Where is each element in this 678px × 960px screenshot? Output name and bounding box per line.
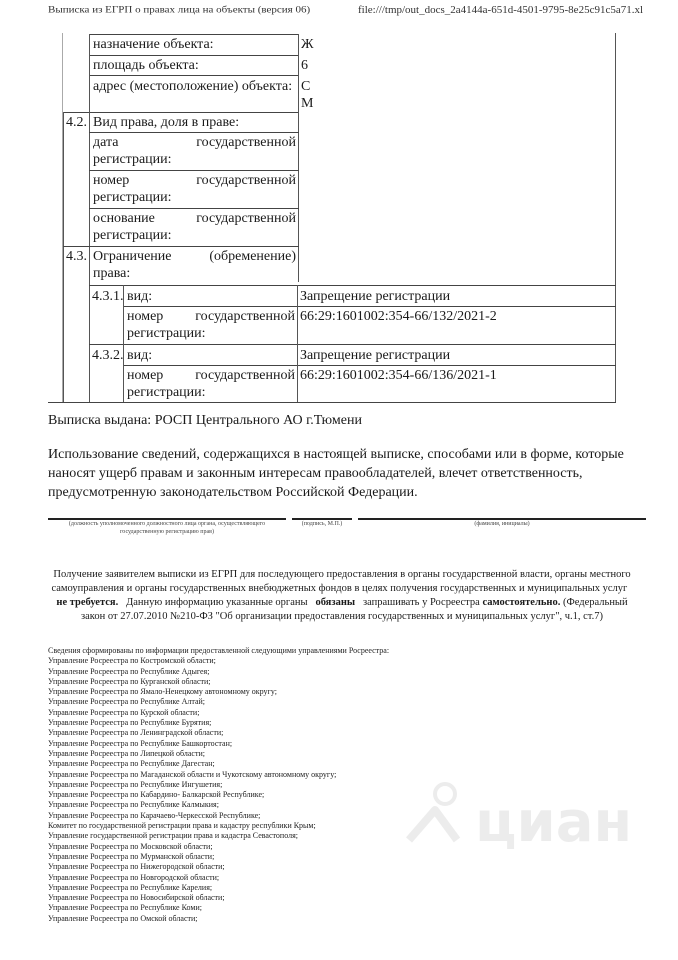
item-4-3-1-number: 4.3.1. — [92, 288, 124, 305]
source-item: Управление Росреестра по Республике Калм… — [48, 800, 389, 810]
source-item: Управление Росреестра по Карачаево-Черке… — [48, 811, 389, 821]
position-caption: (должность уполномоченного должностного … — [48, 520, 286, 536]
divider — [89, 344, 616, 345]
divider — [297, 285, 298, 402]
section-4-3-number: 4.3. — [66, 248, 87, 265]
map-pin-icon — [405, 780, 465, 850]
object-purpose-label: назначение объекта: — [93, 36, 214, 53]
source-item: Управление Росреестра по Московской обла… — [48, 842, 389, 852]
label-part: регистрации: — [127, 384, 295, 401]
divider — [89, 170, 299, 171]
sources-intro: Сведения сформированы по информации пред… — [48, 646, 389, 656]
source-item: Управление Росреестра по Омской области; — [48, 914, 389, 924]
divider — [123, 365, 616, 366]
notice-emphasis: самостоятельно. — [482, 597, 560, 608]
divider — [89, 112, 90, 402]
print-header: Выписка из ЕГРП о правах лица на объекты… — [0, 2, 678, 18]
notice-emphasis: не требуется. — [56, 597, 118, 608]
usage-warning: Использование сведений, содержащихся в н… — [48, 445, 648, 502]
reg-number-label: номер государственной регистрации: — [93, 172, 296, 206]
source-item: Комитет по государственной регистрации п… — [48, 821, 389, 831]
label-part: номер — [127, 368, 163, 383]
source-item: Управление Росреестра по Республике Алта… — [48, 697, 389, 707]
table-right-border — [615, 33, 616, 403]
divider — [298, 34, 299, 112]
source-item: Управление Росреестра по Курганской обла… — [48, 677, 389, 687]
divider — [89, 34, 299, 35]
source-item: Управление Росреестра по Липецкой област… — [48, 749, 389, 759]
section-4-3-title: Ограничение (обременение) права: — [93, 248, 296, 282]
source-item: Управление Росреестра по Новгородской об… — [48, 873, 389, 883]
item-4-3-1-kind-label: вид: — [127, 288, 152, 305]
divider — [89, 285, 616, 286]
divider — [89, 55, 299, 56]
divider — [89, 132, 299, 133]
title-part: (обременение) — [209, 249, 296, 264]
source-item: Управление Росреестра по Магаданской обл… — [48, 770, 389, 780]
notice-text: Данную информацию указанные органы — [126, 597, 307, 608]
source-item: Управление Росреестра по Ямало-Ненецкому… — [48, 687, 389, 697]
reg-basis-label: основание государственной регистрации: — [93, 210, 296, 244]
egrp-notice: Получение заявителем выписки из ЕГРП для… — [48, 568, 636, 624]
reg-date-label: дата государственной регистрации: — [93, 134, 296, 168]
title-part: Ограничение — [93, 249, 172, 264]
object-address-value-line2: М — [301, 95, 313, 112]
item-4-3-2-kind-value: Запрещение регистрации — [300, 347, 450, 364]
divider — [63, 112, 299, 113]
object-purpose-value: Ж — [301, 36, 314, 53]
source-item: Управление Росреестра по Республике Даге… — [48, 759, 389, 769]
source-item: Управление Росреестра по Республике Адыг… — [48, 667, 389, 677]
notice-text: запрашивать у Росреестра — [363, 597, 480, 608]
divider — [89, 34, 90, 112]
label-part: основание — [93, 211, 155, 226]
print-header-title: Выписка из ЕГРП о правах лица на объекты… — [48, 5, 310, 16]
label-part: номер — [127, 309, 163, 324]
item-4-3-1-kind-value: Запрещение регистрации — [300, 288, 450, 305]
object-area-value: 6 — [301, 57, 308, 74]
source-item: Управление Росреестра по Республике Ингу… — [48, 780, 389, 790]
source-item: Управление государственной регистрации п… — [48, 831, 389, 841]
item-4-3-1-reg-value: 66:29:1601002:354-66/132/2021-2 — [300, 308, 497, 325]
source-item: Управление Росреестра по Нижегородской о… — [48, 862, 389, 872]
issued-by: Выписка выдана: РОСП Центрального АО г.Т… — [48, 413, 362, 429]
divider — [63, 246, 299, 247]
cian-watermark: циан — [395, 780, 625, 860]
label-part: государственной — [195, 368, 295, 383]
object-area-label: площадь объекта: — [93, 57, 199, 74]
signature-caption: (подпись, М.П.) — [292, 520, 352, 528]
item-4-3-2-number: 4.3.2. — [92, 347, 124, 364]
section-4-2-number: 4.2. — [66, 114, 87, 131]
source-item: Управление Росреестра по Ленинградской о… — [48, 728, 389, 738]
source-item: Управление Росреестра по Кабардино- Балк… — [48, 790, 389, 800]
divider — [63, 112, 64, 402]
item-4-3-2-kind-label: вид: — [127, 347, 152, 364]
title-part: права: — [93, 265, 296, 282]
divider — [89, 208, 299, 209]
label-part: государственной — [195, 309, 295, 324]
item-4-3-1-reg-label: номер государственной регистрации: — [127, 308, 295, 342]
source-item: Управление Росреестра по Республике Коми… — [48, 903, 389, 913]
divider — [89, 75, 299, 76]
item-4-3-2-reg-value: 66:29:1601002:354-66/136/2021-1 — [300, 367, 497, 384]
label-part: регистрации: — [127, 325, 295, 342]
label-part: государственной — [196, 173, 296, 188]
source-item: Управление Росреестра по Костромской обл… — [48, 656, 389, 666]
item-4-3-2-reg-label: номер государственной регистрации: — [127, 367, 295, 401]
source-item: Управление Росреестра по Курской области… — [48, 708, 389, 718]
label-part: регистрации: — [93, 151, 296, 168]
print-header-url: file:///tmp/out_docs_2a4144a-651d-4501-9… — [358, 4, 643, 16]
label-part: государственной — [196, 135, 296, 150]
label-part: номер — [93, 173, 129, 188]
notice-emphasis: обязаны — [315, 597, 355, 608]
source-item: Управление Росреестра по Мурманской обла… — [48, 852, 389, 862]
divider — [48, 402, 616, 403]
label-part: дата — [93, 135, 118, 150]
object-address-label: адрес (местоположение) объекта: — [93, 78, 292, 95]
label-part: регистрации: — [93, 227, 296, 244]
object-address-value: С — [301, 78, 310, 95]
source-item: Управление Росреестра по Новосибирской о… — [48, 893, 389, 903]
name-caption: (фамилия, инициалы) — [358, 520, 646, 528]
sources-list: Сведения сформированы по информации пред… — [48, 646, 389, 924]
source-item: Управление Росреестра по Республике Башк… — [48, 739, 389, 749]
divider — [298, 112, 299, 282]
notice-text: Получение заявителем выписки из ЕГРП для… — [51, 569, 630, 594]
watermark-text: циан — [475, 790, 632, 855]
section-4-2-title: Вид права, доля в праве: — [93, 114, 239, 131]
source-item: Управление Росреестра по Республике Буря… — [48, 718, 389, 728]
source-item: Управление Росреестра по Республике Каре… — [48, 883, 389, 893]
label-part: регистрации: — [93, 189, 296, 206]
divider — [123, 306, 616, 307]
label-part: государственной — [196, 211, 296, 226]
